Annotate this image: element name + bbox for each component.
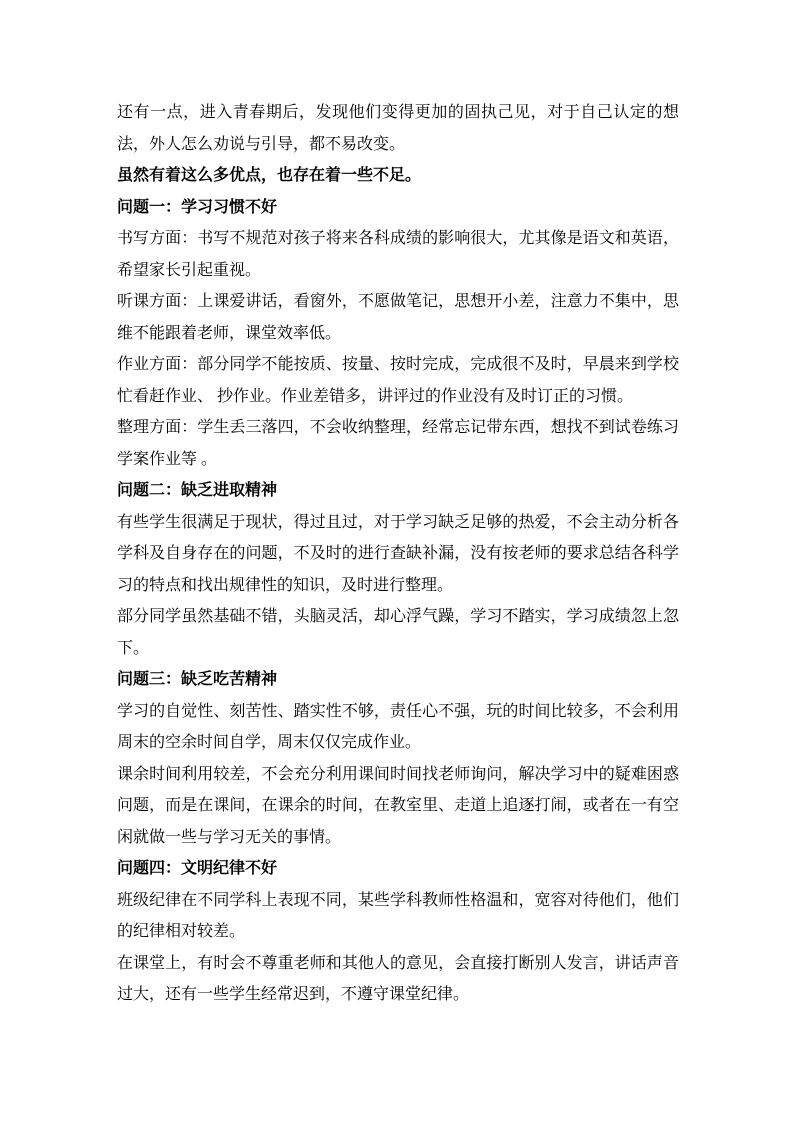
body-paragraph: 还有一点，进入青春期后，发现他们变得更加的固执己见，对于自己认定的想法，外人怎么… xyxy=(117,97,679,160)
body-paragraph: 有些学生很满足于现状，得过且过，对于学习缺乏足够的热爱，不会主动分析各学科及自身… xyxy=(117,507,679,602)
body-paragraph: 部分同学虽然基础不错，头脑灵活，却心浮气躁，学习不踏实，学习成绩忽上忽下。 xyxy=(117,601,679,664)
body-paragraph: 书写方面：书写不规范对孩子将来各科成绩的影响很大，尤其像是语文和英语，希望家长引… xyxy=(117,223,679,286)
document-page: 还有一点，进入青春期后，发现他们变得更加的固执己见，对于自己认定的想法，外人怎么… xyxy=(0,0,793,1122)
body-paragraph: 听课方面：上课爱讲话，看窗外，不愿做笔记，思想开小差，注意力不集中，思维不能跟着… xyxy=(117,286,679,349)
body-paragraph: 班级纪律在不同学科上表现不同，某些学科教师性格温和，宽容对待他们，他们的纪律相对… xyxy=(117,885,679,948)
body-paragraph: 作业方面：部分同学不能按质、按量、按时完成，完成很不及时，早晨来到学校忙看赶作业… xyxy=(117,349,679,412)
document-body: 还有一点，进入青春期后，发现他们变得更加的固执己见，对于自己认定的想法，外人怎么… xyxy=(117,97,679,1011)
heading-paragraph: 问题一：学习习惯不好 xyxy=(117,192,679,224)
heading-paragraph: 虽然有着这么多优点，也存在着一些不足。 xyxy=(117,160,679,192)
body-paragraph: 整理方面：学生丢三落四，不会收纳整理，经常忘记带东西，想找不到试卷练习学案作业等… xyxy=(117,412,679,475)
body-paragraph: 课余时间利用较差，不会充分利用课间时间找老师询问，解决学习中的疑难困惑问题，而是… xyxy=(117,759,679,854)
heading-paragraph: 问题四：文明纪律不好 xyxy=(117,853,679,885)
body-paragraph: 在课堂上，有时会不尊重老师和其他人的意见，会直接打断别人发言，讲话声音过大，还有… xyxy=(117,948,679,1011)
heading-paragraph: 问题三：缺乏吃苦精神 xyxy=(117,664,679,696)
body-paragraph: 学习的自觉性、刻苦性、踏实性不够，责任心不强，玩的时间比较多，不会利用周末的空余… xyxy=(117,696,679,759)
heading-paragraph: 问题二：缺乏进取精神 xyxy=(117,475,679,507)
